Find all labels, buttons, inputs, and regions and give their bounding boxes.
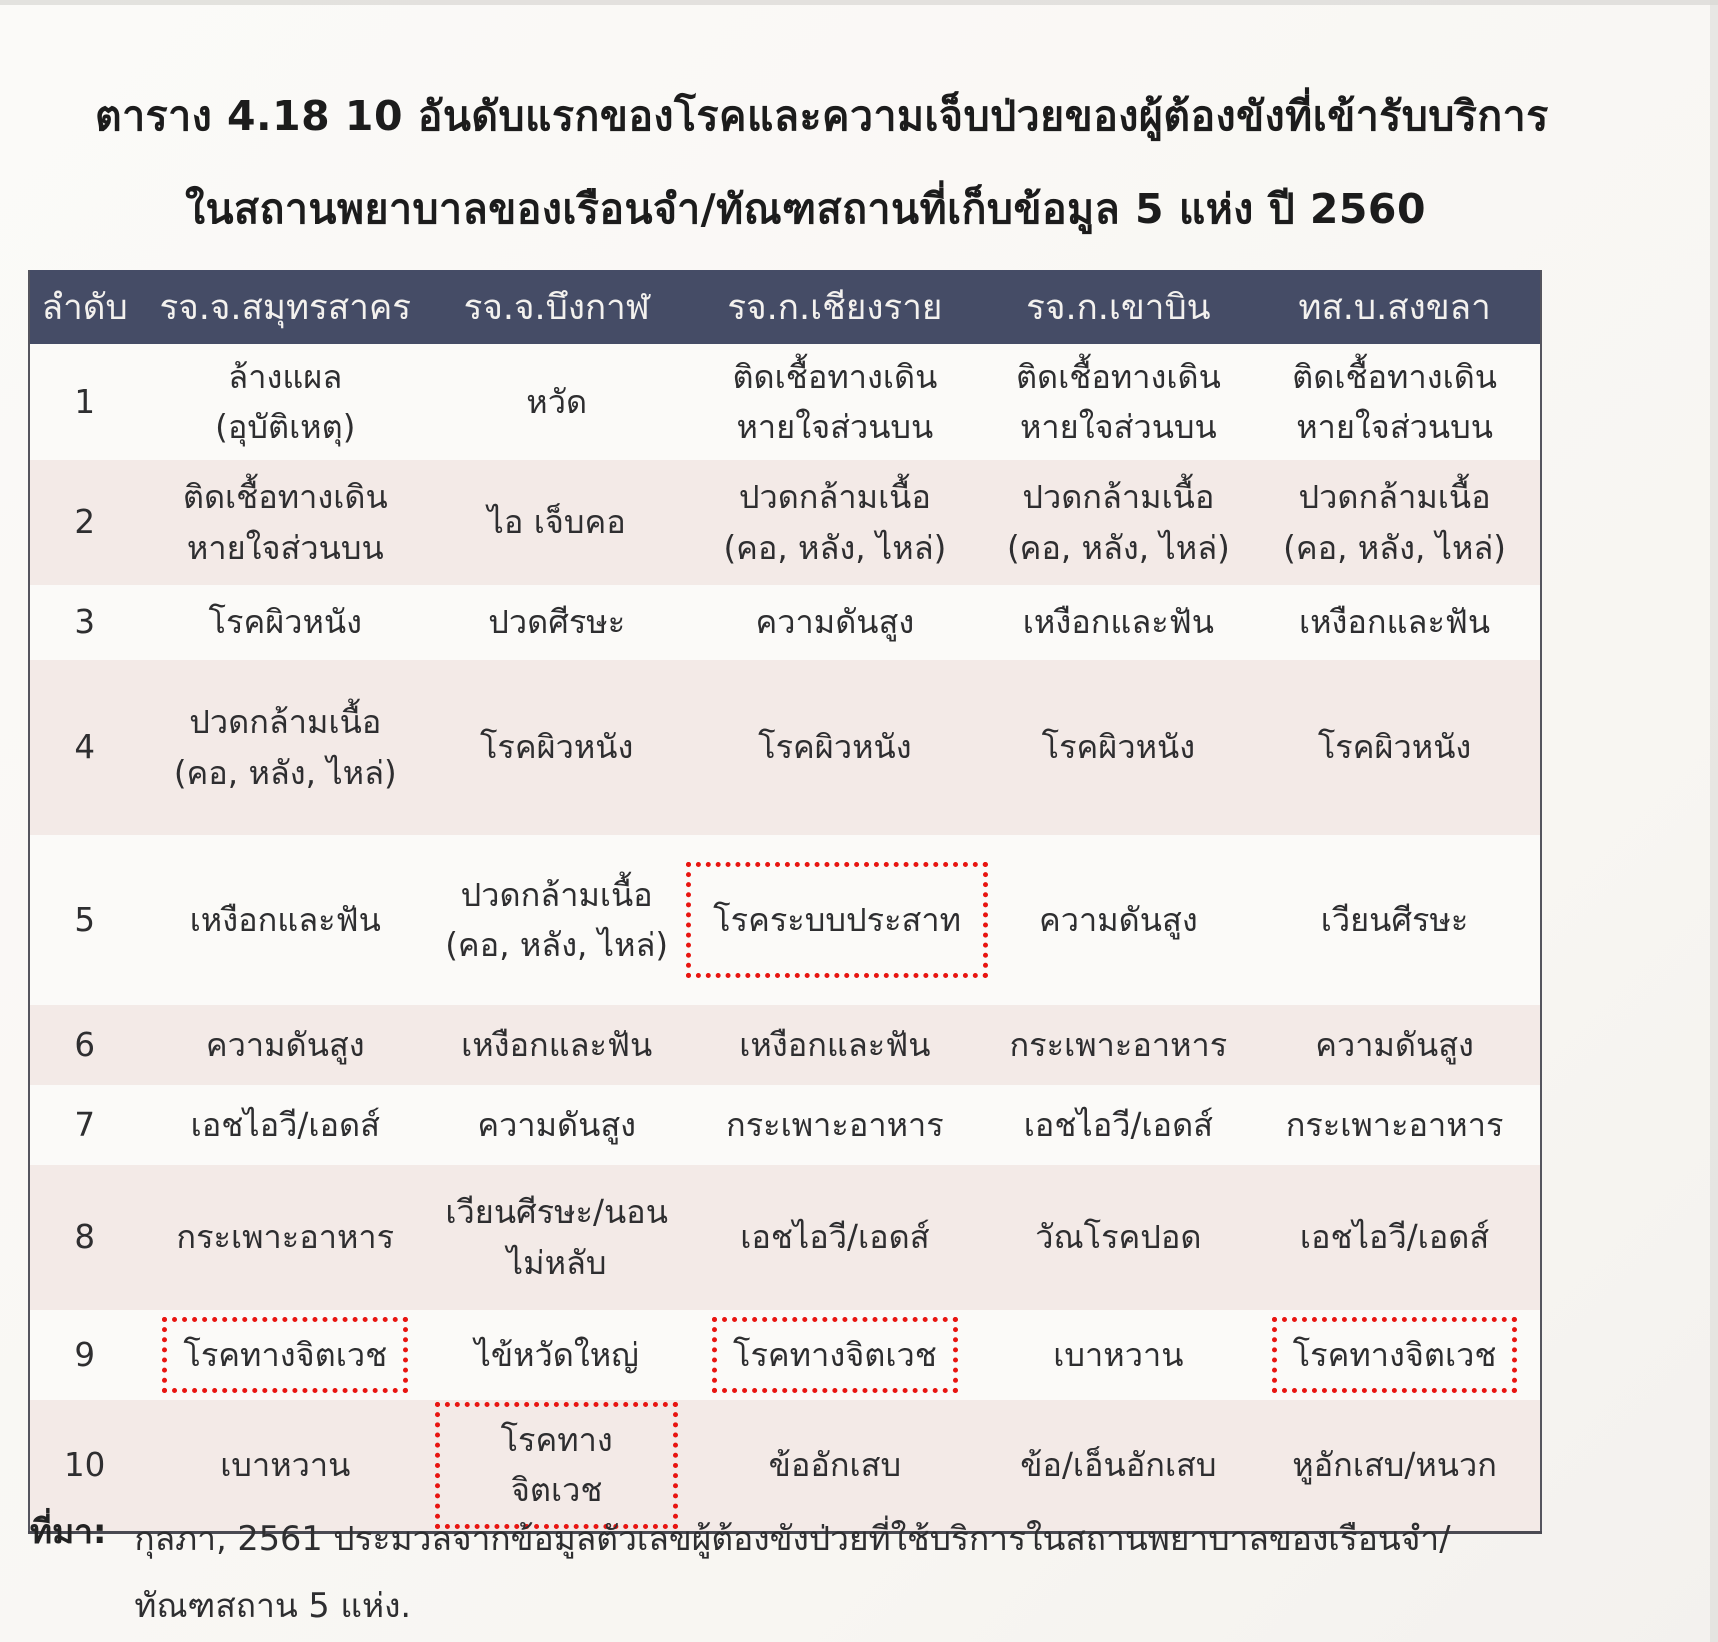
disease-text: วัณโรคปอด <box>1035 1212 1201 1262</box>
disease-text: ล้างแผล (อุบัติเหตุ) <box>215 352 355 453</box>
disease-cell: ติดเชื้อทางเดิน หายใจส่วนบน <box>139 460 431 585</box>
disease-cell: โรคผิวหนัง <box>139 585 431 660</box>
table-row: 3โรคผิวหนังปวดศีรษะความดันสูงเหงือกและฟั… <box>29 585 1541 660</box>
disease-cell: เอชไอวี/เอดส์ <box>1249 1165 1541 1310</box>
disease-cell: ความดันสูง <box>988 835 1250 1005</box>
disease-text: ความดันสูง <box>206 1020 365 1070</box>
disease-cell: ปวดกล้ามเนื้อ (คอ, หลัง, ไหล่) <box>988 460 1250 585</box>
scan-edge-top <box>0 0 1718 5</box>
disease-cell: ไอ เจ็บคอ <box>431 460 682 585</box>
disease-text: ติดเชื้อทางเดิน หายใจส่วนบน <box>183 472 388 573</box>
highlighted-disease: โรคทางจิตเวช <box>162 1317 408 1393</box>
disease-text: ปวดกล้ามเนื้อ (คอ, หลัง, ไหล่) <box>1283 472 1506 573</box>
disease-cell: เหงือกและฟัน <box>139 835 431 1005</box>
disease-cell: เหงือกและฟัน <box>431 1005 682 1085</box>
table-row: 9โรคทางจิตเวชไข้หวัดใหญ่โรคทางจิตเวชเบาห… <box>29 1310 1541 1400</box>
disease-cell: โรคทางจิตเวช <box>139 1310 431 1400</box>
disease-text: โรคผิวหนัง <box>480 722 633 772</box>
table-row: 6ความดันสูงเหงือกและฟันเหงือกและฟันกระเพ… <box>29 1005 1541 1085</box>
disease-text: กระเพาะอาหาร <box>1286 1100 1504 1150</box>
table-row: 8กระเพาะอาหารเวียนศีรษะ/นอน ไม่หลับเอชไอ… <box>29 1165 1541 1310</box>
disease-cell: เหงือกและฟัน <box>682 1005 987 1085</box>
disease-text: โรคผิวหนัง <box>209 597 362 647</box>
disease-text: เหงือกและฟัน <box>1299 597 1490 647</box>
highlighted-disease: โรคระบบประสาท <box>686 862 988 978</box>
source-text-line2: ทัณฑสถาน 5 แห่ง. <box>134 1572 1450 1639</box>
disease-cell: เอชไอวี/เอดส์ <box>988 1085 1250 1165</box>
disease-cell: ความดันสูง <box>1249 1005 1541 1085</box>
disease-text: เวียนศีรษะ <box>1321 895 1469 945</box>
disease-text: กระเพาะอาหาร <box>1010 1020 1228 1070</box>
header-samut-sakhon: รจ.จ.สมุทรสาคร <box>139 270 431 344</box>
disease-text: ปวดกล้ามเนื้อ (คอ, หลัง, ไหล่) <box>445 870 668 971</box>
disease-cell: โรคผิวหนัง <box>988 660 1250 835</box>
disease-text: ความดันสูง <box>1315 1020 1474 1070</box>
disease-text: ติดเชื้อทางเดิน หายใจส่วนบน <box>732 352 937 453</box>
table-row: 7เอชไอวี/เอดส์ความดันสูงกระเพาะอาหารเอชไ… <box>29 1085 1541 1165</box>
disease-cell: เหงือกและฟัน <box>1249 585 1541 660</box>
source-text-line1: กุลภา, 2561 ประมวลจากข้อมูลตัวเลขผู้ต้อง… <box>134 1505 1450 1572</box>
table-title-line2: ในสถานพยาบาลของเรือนจำ/ทัณฑสถานที่เก็บข้… <box>185 177 1658 242</box>
disease-text: เอชไอวี/เอดส์ <box>740 1212 929 1262</box>
disease-cell: โรคทางจิตเวช <box>1249 1310 1541 1400</box>
scanned-page: ตาราง 4.18 10 อันดับแรกของโรคและความเจ็บ… <box>0 0 1718 1642</box>
disease-text: เอชไอวี/เอดส์ <box>191 1100 380 1150</box>
disease-cell: เวียนศีรษะ <box>1249 835 1541 1005</box>
header-rank: ลำดับ <box>29 270 139 344</box>
disease-cell: ปวดกล้ามเนื้อ (คอ, หลัง, ไหล่) <box>139 660 431 835</box>
disease-text: ข้ออักเสบ <box>769 1440 902 1490</box>
rank-cell: 5 <box>29 835 139 1005</box>
disease-cell: เอชไอวี/เอดส์ <box>682 1165 987 1310</box>
disease-text: เหงือกและฟัน <box>190 895 381 945</box>
source-note: ที่มา: กุลภา, 2561 ประมวลจากข้อมูลตัวเลข… <box>30 1505 1678 1639</box>
rank-cell: 1 <box>29 344 139 460</box>
disease-cell: กระเพาะอาหาร <box>139 1165 431 1310</box>
table-row: 5เหงือกและฟันปวดกล้ามเนื้อ (คอ, หลัง, ไห… <box>29 835 1541 1005</box>
disease-ranking-table: ลำดับ รจ.จ.สมุทรสาคร รจ.จ.บึงกาฬ รจ.ก.เช… <box>28 270 1542 1534</box>
disease-cell: เวียนศีรษะ/นอน ไม่หลับ <box>431 1165 682 1310</box>
disease-cell: ไข้หวัดใหญ่ <box>431 1310 682 1400</box>
rank-cell: 7 <box>29 1085 139 1165</box>
source-label: ที่มา: <box>30 1505 106 1558</box>
disease-cell: ปวดกล้ามเนื้อ (คอ, หลัง, ไหล่) <box>1249 460 1541 585</box>
disease-cell: ติดเชื้อทางเดิน หายใจส่วนบน <box>988 344 1250 460</box>
disease-cell: กระเพาะอาหาร <box>988 1005 1250 1085</box>
disease-text: ความดันสูง <box>756 597 915 647</box>
disease-text: เบาหวาน <box>1053 1330 1183 1380</box>
disease-cell: โรคทางจิตเวช <box>682 1310 987 1400</box>
rank-cell: 3 <box>29 585 139 660</box>
disease-text: ติดเชื้อทางเดิน หายใจส่วนบน <box>1016 352 1221 453</box>
disease-cell: ปวดกล้ามเนื้อ (คอ, หลัง, ไหล่) <box>682 460 987 585</box>
disease-text: โรคผิวหนัง <box>1042 722 1195 772</box>
disease-cell: ติดเชื้อทางเดิน หายใจส่วนบน <box>682 344 987 460</box>
disease-cell: ล้างแผล (อุบัติเหตุ) <box>139 344 431 460</box>
rank-cell: 9 <box>29 1310 139 1400</box>
disease-cell: โรคผิวหนัง <box>431 660 682 835</box>
header-khao-bin: รจ.ก.เขาบิน <box>988 270 1250 344</box>
disease-text: ติดเชื้อทางเดิน หายใจส่วนบน <box>1292 352 1497 453</box>
disease-cell: เอชไอวี/เอดส์ <box>139 1085 431 1165</box>
disease-cell: หวัด <box>431 344 682 460</box>
disease-cell: โรคผิวหนัง <box>1249 660 1541 835</box>
header-bueng-kan: รจ.จ.บึงกาฬ <box>431 270 682 344</box>
disease-text: เหงือกและฟัน <box>461 1020 652 1070</box>
disease-text: กระเพาะอาหาร <box>726 1100 944 1150</box>
rank-cell: 4 <box>29 660 139 835</box>
disease-text: ปวดกล้ามเนื้อ (คอ, หลัง, ไหล่) <box>174 697 397 798</box>
rank-cell: 6 <box>29 1005 139 1085</box>
disease-text: เอชไอวี/เอดส์ <box>1024 1100 1213 1150</box>
disease-text: โรคผิวหนัง <box>758 722 911 772</box>
disease-text: หวัด <box>526 377 587 427</box>
disease-cell: ปวดกล้ามเนื้อ (คอ, หลัง, ไหล่) <box>431 835 682 1005</box>
disease-text: ปวดศีรษะ <box>488 597 625 647</box>
disease-text: เวียนศีรษะ/นอน ไม่หลับ <box>445 1187 668 1288</box>
disease-text: ไข้หวัดใหญ่ <box>475 1330 639 1380</box>
rank-cell: 2 <box>29 460 139 585</box>
table-row: 1ล้างแผล (อุบัติเหตุ)หวัดติดเชื้อทางเดิน… <box>29 344 1541 460</box>
disease-text: เหงือกและฟัน <box>1023 597 1214 647</box>
disease-text: ปวดกล้ามเนื้อ (คอ, หลัง, ไหล่) <box>723 472 946 573</box>
disease-cell: ความดันสูง <box>431 1085 682 1165</box>
table-body: 1ล้างแผล (อุบัติเหตุ)หวัดติดเชื้อทางเดิน… <box>29 344 1541 1532</box>
disease-text: หูอักเสบ/หนวก <box>1292 1440 1497 1490</box>
highlighted-disease: โรคทางจิตเวช <box>1272 1317 1518 1393</box>
header-chiang-rai: รจ.ก.เชียงราย <box>682 270 987 344</box>
source-text: กุลภา, 2561 ประมวลจากข้อมูลตัวเลขผู้ต้อง… <box>134 1505 1450 1639</box>
table-row: 4ปวดกล้ามเนื้อ (คอ, หลัง, ไหล่)โรคผิวหนั… <box>29 660 1541 835</box>
disease-text: ความดันสูง <box>477 1100 636 1150</box>
disease-cell: วัณโรคปอด <box>988 1165 1250 1310</box>
scan-edge-right <box>1710 0 1718 1642</box>
disease-cell: ติดเชื้อทางเดิน หายใจส่วนบน <box>1249 344 1541 460</box>
disease-cell: กระเพาะอาหาร <box>1249 1085 1541 1165</box>
disease-cell: ความดันสูง <box>139 1005 431 1085</box>
disease-text: ปวดกล้ามเนื้อ (คอ, หลัง, ไหล่) <box>1007 472 1230 573</box>
disease-cell: กระเพาะอาหาร <box>682 1085 987 1165</box>
disease-cell: เบาหวาน <box>988 1310 1250 1400</box>
disease-cell: ความดันสูง <box>682 585 987 660</box>
disease-text: กระเพาะอาหาร <box>176 1212 394 1262</box>
disease-cell: เหงือกและฟัน <box>988 585 1250 660</box>
disease-text: โรคผิวหนัง <box>1318 722 1471 772</box>
header-songkhla: ทส.บ.สงขลา <box>1249 270 1541 344</box>
disease-text: ความดันสูง <box>1039 895 1198 945</box>
disease-text: ไอ เจ็บคอ <box>488 497 626 547</box>
disease-text: ข้อ/เอ็นอักเสบ <box>1020 1440 1216 1490</box>
rank-cell: 8 <box>29 1165 139 1310</box>
highlighted-disease: โรคทางจิตเวช <box>712 1317 958 1393</box>
table-header-row: ลำดับ รจ.จ.สมุทรสาคร รจ.จ.บึงกาฬ รจ.ก.เช… <box>29 270 1541 344</box>
disease-cell: ปวดศีรษะ <box>431 585 682 660</box>
table-row: 2ติดเชื้อทางเดิน หายใจส่วนบนไอ เจ็บคอปวด… <box>29 460 1541 585</box>
table-title-line1: ตาราง 4.18 10 อันดับแรกของโรคและความเจ็บ… <box>95 84 1658 149</box>
table-title: ตาราง 4.18 10 อันดับแรกของโรคและความเจ็บ… <box>95 84 1658 242</box>
disease-text: เบาหวาน <box>220 1440 350 1490</box>
disease-text: เอชไอวี/เอดส์ <box>1300 1212 1489 1262</box>
disease-text: เหงือกและฟัน <box>739 1020 930 1070</box>
disease-cell: โรคผิวหนัง <box>682 660 987 835</box>
disease-cell: โรคระบบประสาท <box>682 835 987 1005</box>
